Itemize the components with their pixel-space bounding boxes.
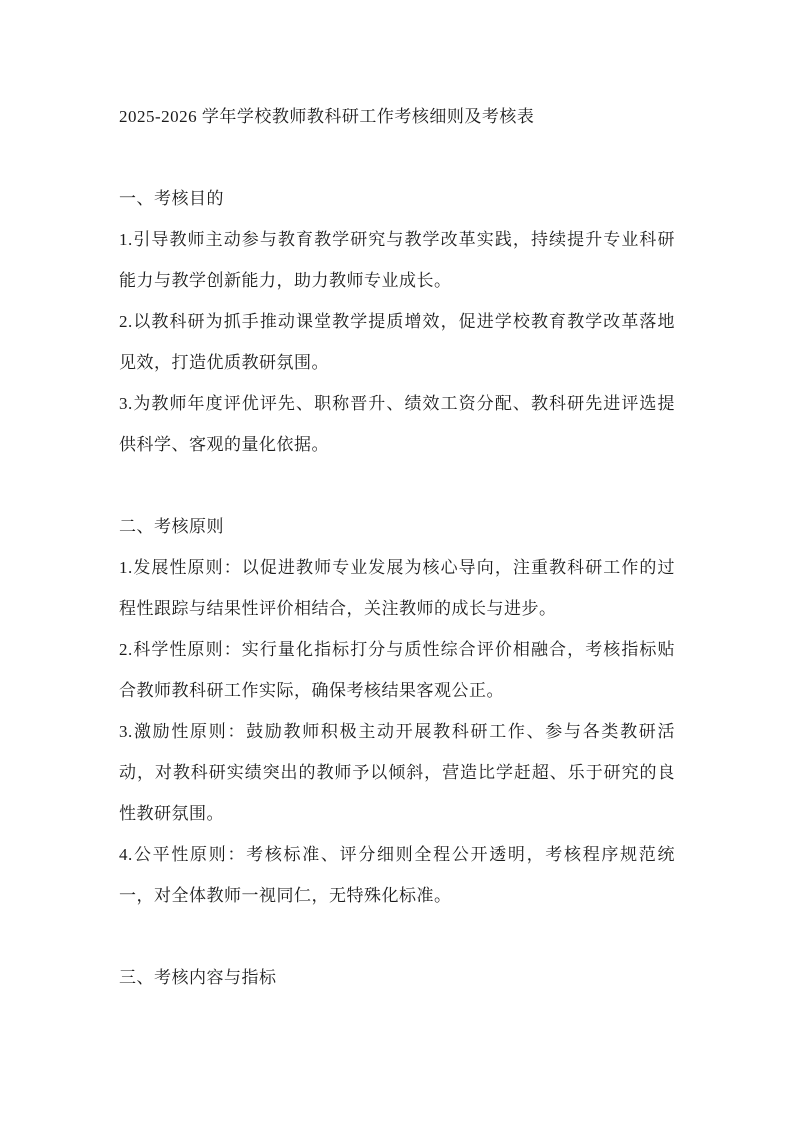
paragraph-principle-incentive: 3.激励性原则：鼓励教师积极主动开展教科研工作、参与各类教研活动，对教科研实绩突…	[119, 711, 675, 834]
paragraph-principle-scientific: 2.科学性原则：实行量化指标打分与质性综合评价相融合，考核指标贴合教师教科研工作…	[119, 629, 675, 711]
section-assessment-principles: 二、考核原则 1.发展性原则：以促进教师专业发展为核心导向，注重教科研工作的过程…	[119, 506, 675, 916]
document-title: 2025-2026 学年学校教师教科研工作考核细则及考核表	[119, 96, 675, 137]
paragraph-principle-development: 1.发展性原则：以促进教师专业发展为核心导向，注重教科研工作的过程性跟踪与结果性…	[119, 547, 675, 629]
paragraph-purpose-3: 3.为教师年度评优评先、职称晋升、绩效工资分配、教科研先进评选提供科学、客观的量…	[119, 383, 675, 465]
paragraph-principle-fairness: 4.公平性原则：考核标准、评分细则全程公开透明，考核程序规范统一，对全体教师一视…	[119, 834, 675, 916]
section-heading-content-indicators: 三、考核内容与指标	[119, 957, 675, 998]
section-assessment-purpose: 一、考核目的 1.引导教师主动参与教育教学研究与教学改革实践，持续提升专业科研能…	[119, 178, 675, 465]
paragraph-purpose-2: 2.以教科研为抓手推动课堂教学提质增效，促进学校教育教学改革落地见效，打造优质教…	[119, 301, 675, 383]
paragraph-purpose-1: 1.引导教师主动参与教育教学研究与教学改革实践，持续提升专业科研能力与教学创新能…	[119, 219, 675, 301]
section-assessment-content-indicators: 三、考核内容与指标	[119, 957, 675, 998]
document-page: 2025-2026 学年学校教师教科研工作考核细则及考核表 一、考核目的 1.引…	[0, 0, 793, 1122]
document-content: 2025-2026 学年学校教师教科研工作考核细则及考核表 一、考核目的 1.引…	[119, 96, 675, 998]
section-heading-purpose: 一、考核目的	[119, 178, 675, 219]
section-heading-principles: 二、考核原则	[119, 506, 675, 547]
